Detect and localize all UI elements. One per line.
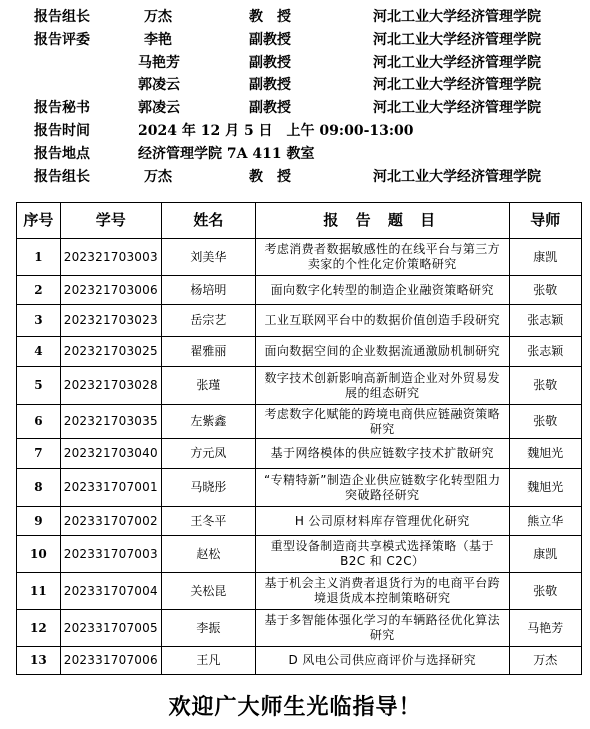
cell-student-id: 202321703003 xyxy=(60,239,161,276)
member-name: 万杰 xyxy=(144,166,172,188)
cell-name: 张瑾 xyxy=(161,367,255,405)
cell-advisor: 康凯 xyxy=(509,536,581,573)
cell-name: 马晓彤 xyxy=(161,469,255,507)
info-row-leader: 报告组长 万杰 教 授 河北工业大学经济管理学院 xyxy=(0,6,590,28)
member-org: 河北工业大学经济管理学院 xyxy=(373,97,541,119)
cell-topic: 基于多智能体强化学习的车辆路径优化算法研究 xyxy=(255,610,509,647)
info-row-time: 报告时间 2024 年 12 月 5 日 上午 09:00-13:00 xyxy=(0,120,590,142)
table-row: 13 202331707006 王凡 D 风电公司供应商评价与选择研究 万杰 xyxy=(17,647,582,675)
column-header-name: 姓名 xyxy=(161,203,255,239)
cell-seq: 11 xyxy=(17,573,61,610)
cell-student-id: 202321703023 xyxy=(60,305,161,337)
cell-name: 岳宗艺 xyxy=(161,305,255,337)
info-row-judge: 马艳芳 副教授 河北工业大学经济管理学院 xyxy=(0,52,590,74)
info-row-location: 报告地点 经济管理学院 7A 411 教室 xyxy=(0,143,590,165)
member-org: 河北工业大学经济管理学院 xyxy=(373,29,541,51)
cell-seq: 13 xyxy=(17,647,61,675)
role-label: 报告秘书 xyxy=(34,97,90,119)
member-title: 教 授 xyxy=(249,166,291,188)
table-row: 5 202321703028 张瑾 数字技术创新影响高新制造企业对外贸易发展的组… xyxy=(17,367,582,405)
time-label: 报告时间 xyxy=(34,120,90,142)
table-row: 10 202331707003 赵松 重型设备制造商共享模式选择策略（基于 B2… xyxy=(17,536,582,573)
member-title: 副教授 xyxy=(249,29,291,51)
cell-advisor: 魏旭光 xyxy=(509,469,581,507)
cell-seq: 7 xyxy=(17,439,61,469)
cell-seq: 2 xyxy=(17,276,61,305)
member-name: 万杰 xyxy=(144,6,172,28)
cell-topic: 工业互联网平台中的数据价值创造手段研究 xyxy=(255,305,509,337)
table-row: 6 202321703035 左紫鑫 考虑数字化赋能的跨境电商供应链融资策略研究… xyxy=(17,405,582,439)
cell-student-id: 202331707003 xyxy=(60,536,161,573)
cell-seq: 10 xyxy=(17,536,61,573)
member-org: 河北工业大学经济管理学院 xyxy=(373,166,541,188)
member-name: 郭凌云 xyxy=(138,97,180,119)
cell-advisor: 马艳芳 xyxy=(509,610,581,647)
cell-seq: 12 xyxy=(17,610,61,647)
cell-student-id: 202321703025 xyxy=(60,337,161,367)
table-row: 12 202331707005 李振 基于多智能体强化学习的车辆路径优化算法研究… xyxy=(17,610,582,647)
info-row-judge: 报告评委 李艳 副教授 河北工业大学经济管理学院 xyxy=(0,29,590,51)
cell-advisor: 万杰 xyxy=(509,647,581,675)
cell-advisor: 张敬 xyxy=(509,367,581,405)
table-row: 1 202321703003 刘美华 考虑消费者数据敏感性的在线平台与第三方卖家… xyxy=(17,239,582,276)
cell-seq: 6 xyxy=(17,405,61,439)
cell-student-id: 202331707001 xyxy=(60,469,161,507)
location-value: 经济管理学院 7A 411 教室 xyxy=(138,143,314,165)
cell-name: 李振 xyxy=(161,610,255,647)
cell-seq: 4 xyxy=(17,337,61,367)
cell-name: 关松昆 xyxy=(161,573,255,610)
cell-topic: 面向数据空间的企业数据流通激励机制研究 xyxy=(255,337,509,367)
role-label: 报告评委 xyxy=(34,29,90,51)
member-name: 马艳芳 xyxy=(138,52,180,74)
table-row: 8 202331707001 马晓彤 “专精特新”制造企业供应链数字化转型阻力突… xyxy=(17,469,582,507)
cell-seq: 5 xyxy=(17,367,61,405)
cell-topic: 面向数字化转型的制造企业融资策略研究 xyxy=(255,276,509,305)
cell-advisor: 张敬 xyxy=(509,276,581,305)
cell-advisor: 魏旭光 xyxy=(509,439,581,469)
cell-topic: 基于网络模体的供应链数字技术扩散研究 xyxy=(255,439,509,469)
cell-advisor: 张志颖 xyxy=(509,337,581,367)
table-row: 2 202321703006 杨培明 面向数字化转型的制造企业融资策略研究 张敬 xyxy=(17,276,582,305)
cell-student-id: 202331707006 xyxy=(60,647,161,675)
member-org: 河北工业大学经济管理学院 xyxy=(373,52,541,74)
cell-topic: 考虑消费者数据敏感性的在线平台与第三方卖家的个性化定价策略研究 xyxy=(255,239,509,276)
table-row: 4 202321703025 翟雅丽 面向数据空间的企业数据流通激励机制研究 张… xyxy=(17,337,582,367)
column-header-student-id: 学号 xyxy=(60,203,161,239)
column-header-seq: 序号 xyxy=(17,203,61,239)
cell-student-id: 202321703040 xyxy=(60,439,161,469)
member-name: 郭凌云 xyxy=(138,74,180,96)
time-value: 2024 年 12 月 5 日 上午 09:00-13:00 xyxy=(138,120,414,142)
cell-name: 刘美华 xyxy=(161,239,255,276)
role-label: 报告组长 xyxy=(34,6,90,28)
info-row-judge: 郭凌云 副教授 河北工业大学经济管理学院 xyxy=(0,74,590,96)
welcome-footer: 欢迎广大师生光临指导！ xyxy=(0,690,590,721)
location-label: 报告地点 xyxy=(34,143,90,165)
cell-name: 方元凤 xyxy=(161,439,255,469)
cell-topic: H 公司原材料库存管理优化研究 xyxy=(255,507,509,536)
cell-name: 杨培明 xyxy=(161,276,255,305)
member-org: 河北工业大学经济管理学院 xyxy=(373,74,541,96)
cell-student-id: 202321703035 xyxy=(60,405,161,439)
cell-topic: D 风电公司供应商评价与选择研究 xyxy=(255,647,509,675)
member-title: 副教授 xyxy=(249,97,291,119)
cell-name: 王凡 xyxy=(161,647,255,675)
cell-student-id: 202331707004 xyxy=(60,573,161,610)
presentation-schedule-table: 序号 学号 姓名 报 告 题 目 导师 1 202321703003 刘美华 考… xyxy=(16,202,582,675)
cell-topic: 考虑数字化赋能的跨境电商供应链融资策略研究 xyxy=(255,405,509,439)
cell-topic: 基于机会主义消费者退货行为的电商平台跨境退货成本控制策略研究 xyxy=(255,573,509,610)
cell-topic: “专精特新”制造企业供应链数字化转型阻力突破路径研究 xyxy=(255,469,509,507)
cell-topic: 数字技术创新影响高新制造企业对外贸易发展的组态研究 xyxy=(255,367,509,405)
cell-advisor: 张志颖 xyxy=(509,305,581,337)
role-label: 报告组长 xyxy=(34,166,90,188)
column-header-advisor: 导师 xyxy=(509,203,581,239)
cell-student-id: 202331707005 xyxy=(60,610,161,647)
cell-advisor: 张敬 xyxy=(509,573,581,610)
cell-seq: 9 xyxy=(17,507,61,536)
table-row: 11 202331707004 关松昆 基于机会主义消费者退货行为的电商平台跨境… xyxy=(17,573,582,610)
member-org: 河北工业大学经济管理学院 xyxy=(373,6,541,28)
table-header-row: 序号 学号 姓名 报 告 题 目 导师 xyxy=(17,203,582,239)
member-title: 教 授 xyxy=(249,6,291,28)
cell-topic: 重型设备制造商共享模式选择策略（基于 B2C 和 C2C） xyxy=(255,536,509,573)
cell-seq: 1 xyxy=(17,239,61,276)
cell-advisor: 熊立华 xyxy=(509,507,581,536)
column-header-topic: 报 告 题 目 xyxy=(255,203,509,239)
cell-seq: 3 xyxy=(17,305,61,337)
info-row-secretary: 报告秘书 郭凌云 副教授 河北工业大学经济管理学院 xyxy=(0,97,590,119)
cell-name: 王冬平 xyxy=(161,507,255,536)
cell-name: 左紫鑫 xyxy=(161,405,255,439)
cell-student-id: 202331707002 xyxy=(60,507,161,536)
table-row: 9 202331707002 王冬平 H 公司原材料库存管理优化研究 熊立华 xyxy=(17,507,582,536)
member-name: 李艳 xyxy=(144,29,172,51)
cell-student-id: 202321703006 xyxy=(60,276,161,305)
member-title: 副教授 xyxy=(249,74,291,96)
cell-name: 翟雅丽 xyxy=(161,337,255,367)
cell-student-id: 202321703028 xyxy=(60,367,161,405)
cell-advisor: 张敬 xyxy=(509,405,581,439)
info-row-leader-repeat: 报告组长 万杰 教 授 河北工业大学经济管理学院 xyxy=(0,166,590,188)
table-row: 3 202321703023 岳宗艺 工业互联网平台中的数据价值创造手段研究 张… xyxy=(17,305,582,337)
member-title: 副教授 xyxy=(249,52,291,74)
cell-seq: 8 xyxy=(17,469,61,507)
cell-name: 赵松 xyxy=(161,536,255,573)
cell-advisor: 康凯 xyxy=(509,239,581,276)
table-row: 7 202321703040 方元凤 基于网络模体的供应链数字技术扩散研究 魏旭… xyxy=(17,439,582,469)
